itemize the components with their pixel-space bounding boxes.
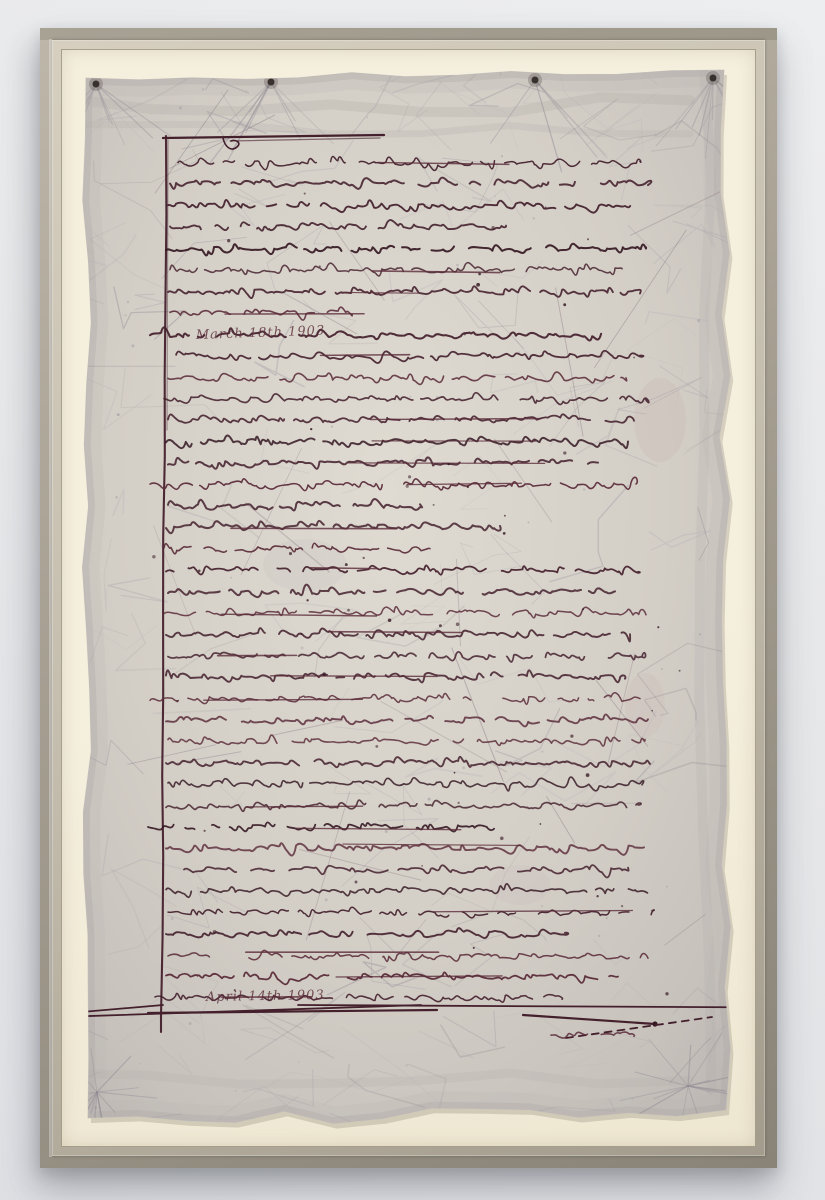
wall: Photograph of a framed textile artwork h…	[0, 0, 825, 1200]
picture-frame	[40, 28, 777, 1168]
mat-board	[61, 49, 756, 1147]
